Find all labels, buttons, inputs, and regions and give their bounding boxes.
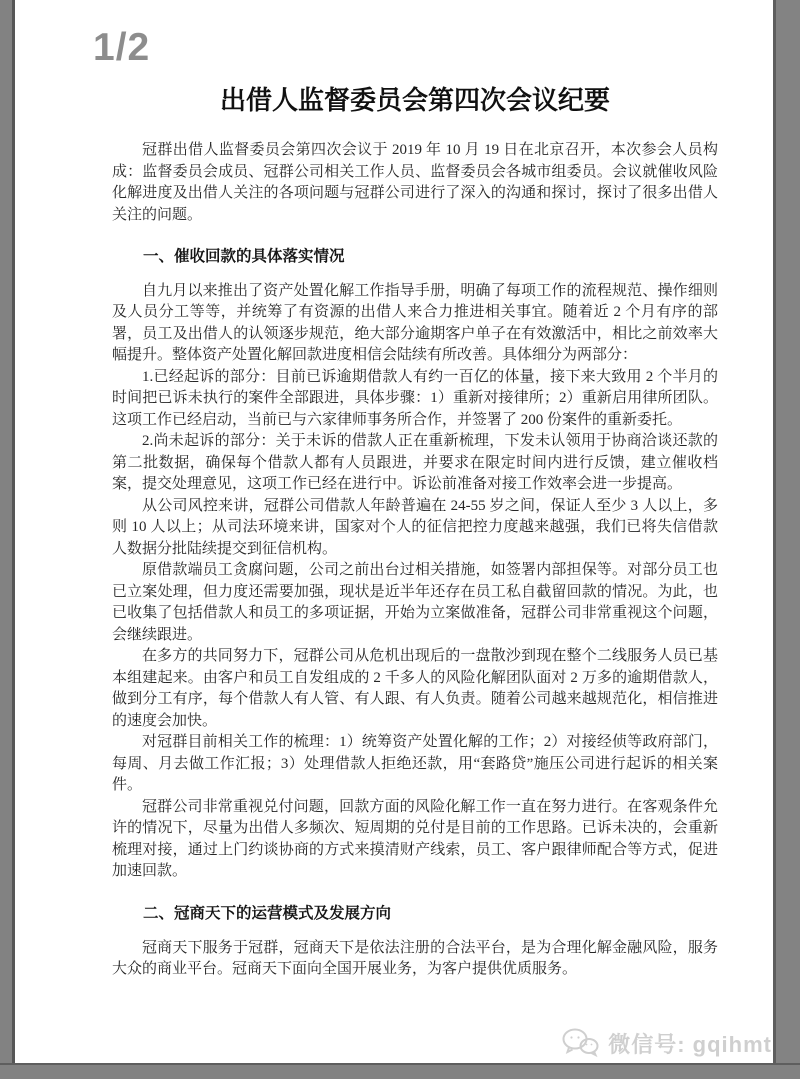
document-page: 出借人监督委员会第四次会议纪要 冠群出借人监督委员会第四次会议于 2019 年 … — [112, 34, 718, 981]
paragraph: 1.已经起诉的部分：目前已诉逾期借款人有约一百亿的体量，接下来大致用 2 个半月… — [112, 367, 718, 432]
paragraph: 冠群公司非常重视兑付问题，回款方面的风险化解工作一直在努力进行。在客观条件允许的… — [112, 797, 718, 883]
paragraph: 冠商天下服务于冠群，冠商天下是依法注册的合法平台，是为合理化解金融风险，服务大众… — [112, 938, 718, 981]
section-1-heading: 一、催收回款的具体落实情况 — [112, 246, 718, 268]
section-2-heading: 二、冠商天下的运营模式及发展方向 — [112, 903, 718, 925]
watermark-text: 微信号: gqihmt — [608, 1028, 772, 1059]
intro-paragraph: 冠群出借人监督委员会第四次会议于 2019 年 10 月 19 日在北京召开，本… — [112, 140, 718, 226]
wechat-icon — [561, 1027, 601, 1059]
paragraph: 从公司风控来讲，冠群公司借款人年龄普遍在 24-55 岁之间，保证人至少 3 人… — [112, 496, 718, 561]
paragraph: 在多方的共同努力下，冠群公司从危机出现后的一盘散沙到现在整个二线服务人员已基本组… — [112, 646, 718, 732]
watermark: 微信号: gqihmt — [561, 1027, 772, 1059]
document-title: 出借人监督委员会第四次会议纪要 — [112, 86, 718, 116]
paragraph: 2.尚未起诉的部分：关于未诉的借款人正在重新梳理，下发未认领用于协商洽谈还款的第… — [112, 431, 718, 496]
paragraph: 原借款端员工贪腐问题，公司之前出台过相关措施，如签署内部担保等。对部分员工也已立… — [112, 560, 718, 646]
paragraph: 自九月以来推出了资产处置化解工作指导手册，明确了每项工作的流程规范、操作细则及人… — [112, 281, 718, 367]
paragraph: 对冠群目前相关工作的梳理：1）统筹资产处置化解的工作；2）对接经侦等政府部门，每… — [112, 732, 718, 797]
viewer-right-edge — [773, 0, 800, 1079]
viewer-left-edge — [0, 0, 15, 1079]
viewer-bottom-edge — [0, 1063, 800, 1079]
document-viewer: 1/2 出借人监督委员会第四次会议纪要 冠群出借人监督委员会第四次会议于 201… — [0, 0, 800, 1079]
